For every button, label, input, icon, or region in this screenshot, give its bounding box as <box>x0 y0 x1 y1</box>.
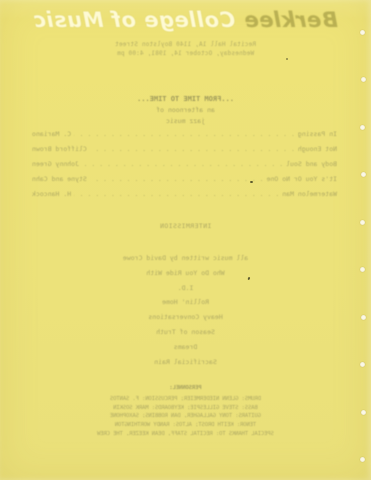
punch-hole <box>360 30 365 35</box>
personnel-line: TENOR: KEITH DROST; ALTOS: RANDY WORTHIN… <box>0 421 371 430</box>
masthead-logo: Berklee College of Music <box>0 5 371 35</box>
punch-hole <box>361 172 366 177</box>
composer-name: Styne and Cahn <box>32 175 87 183</box>
composer-name: Clifford Brown <box>32 145 87 153</box>
song-title: Heavy Conversations <box>0 310 371 325</box>
punch-hole <box>360 125 365 130</box>
scanned-program-page-back: Berklee College of Music Recital Hall 1A… <box>0 0 371 480</box>
composer-credit-line: all music written by David Crowe <box>0 251 371 266</box>
venue-address-line: Recital Hall 1A, 1140 Boylston Street <box>0 40 371 49</box>
dot-leader: . . . . . . . . . . . . . . . . . . . . … <box>90 175 264 183</box>
dot-leader: . . . . . . . . . . . . . . . . . . . . … <box>74 130 295 138</box>
song-title: Rollin' Home <box>0 295 371 310</box>
personnel-header: PERSONNEL: <box>0 384 371 393</box>
program-set-two: all music written by David Crowe Who Do … <box>0 251 371 369</box>
concert-title-block: ...FROM TIME TO TIME... an afternoon of … <box>0 94 371 127</box>
program-row: Not Enough . . . . . . . . . . . . . . .… <box>32 145 337 160</box>
masthead-college-of-music-text: College of Music <box>33 8 235 32</box>
song-title: Not Enough <box>298 145 337 153</box>
song-title: I.D. <box>0 281 371 296</box>
punch-hole <box>360 220 365 225</box>
song-title: Who Do You Ride With <box>0 266 371 281</box>
masthead-berklee-text: Berklee <box>244 8 338 32</box>
concert-subtitle-1: an afternoon of <box>0 105 371 116</box>
personnel-line: BASS: STEVE GILLESPIE; KEYBOARDS: MARK S… <box>0 404 371 413</box>
punch-hole <box>360 457 365 462</box>
song-title: Body and Soul <box>286 160 337 168</box>
song-title: In Passing <box>298 130 337 138</box>
program-row: Watermelon Man . . . . . . . . . . . . .… <box>32 190 337 205</box>
personnel-line: GUITARS: TONY GALLAGHER, DAN ROBBINS; SA… <box>0 412 371 421</box>
dot-leader: . . . . . . . . . . . . . . . . . . . . … <box>74 190 279 198</box>
punch-hole <box>360 362 365 367</box>
composer-name: C. Mariano <box>32 130 71 138</box>
punch-hole <box>361 315 366 320</box>
intermission-label: INTERMISSION <box>0 222 371 230</box>
ink-speck <box>250 181 253 183</box>
song-title: Dreams <box>0 340 371 355</box>
program-row: It's You Or No One . . . . . . . . . . .… <box>32 175 337 190</box>
dot-leader: . . . . . . . . . . . . . . . . . . . . … <box>90 145 295 153</box>
concert-title: ...FROM TIME TO TIME... <box>0 94 371 105</box>
venue-block: Recital Hall 1A, 1140 Boylston Street We… <box>0 40 371 58</box>
program-row: In Passing . . . . . . . . . . . . . . .… <box>32 130 337 145</box>
personnel-line: SPECIAL THANKS TO: RECITAL STAFF, DEAN K… <box>0 430 371 439</box>
composer-name: Johnny Green <box>32 160 79 168</box>
song-title: Sacrificial Rain <box>0 355 371 370</box>
song-title: It's You Or No One <box>267 175 337 183</box>
song-title: Season of Truth <box>0 325 371 340</box>
personnel-line: DRUMS: GLENN NIEDERMEIER; PERCUSSION: F.… <box>0 395 371 404</box>
program-row: Body and Soul . . . . . . . . . . . . . … <box>32 160 337 175</box>
personnel-block: PERSONNEL: DRUMS: GLENN NIEDERMEIER; PER… <box>0 384 371 439</box>
concert-subtitle-2: jazz music <box>0 116 371 127</box>
punch-hole <box>360 267 365 272</box>
venue-date-line: Wednesday, October 14, 1981, 4:00 pm <box>0 49 371 58</box>
program-set-one: In Passing . . . . . . . . . . . . . . .… <box>32 130 337 205</box>
punch-hole <box>361 410 366 415</box>
composer-name: H. Hancock <box>32 190 71 198</box>
dot-leader: . . . . . . . . . . . . . . . . . . . . … <box>82 160 283 168</box>
song-title: Watermelon Man <box>282 190 337 198</box>
bleed-through-layer: Berklee College of Music Recital Hall 1A… <box>0 0 371 480</box>
punch-hole <box>361 77 366 82</box>
ink-speck <box>286 58 288 60</box>
